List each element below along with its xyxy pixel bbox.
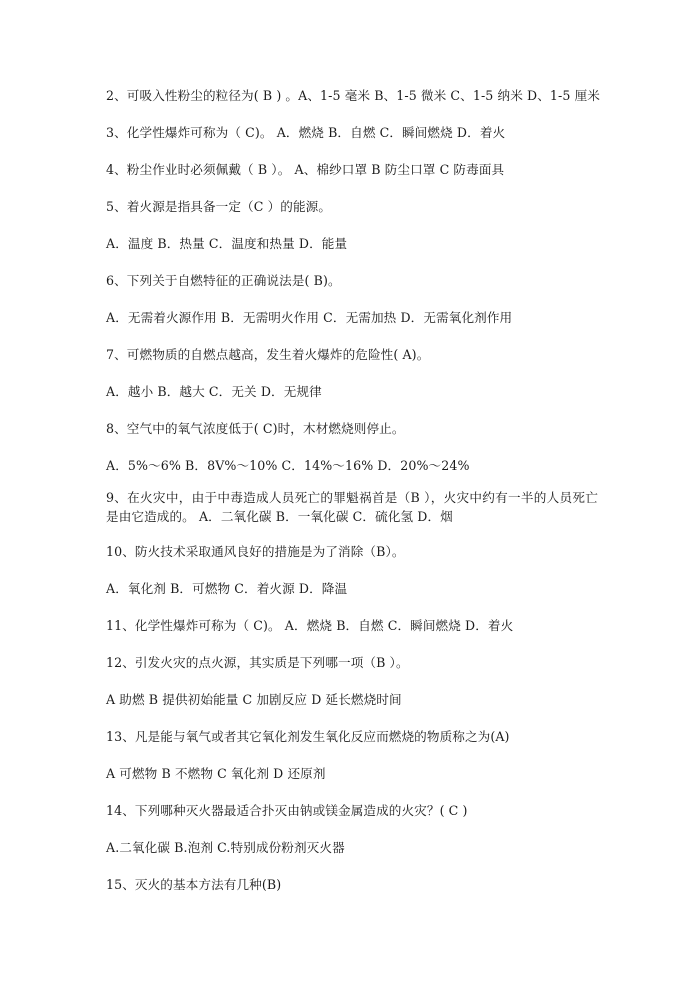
question-9: 9、在火灾中，由于中毒造成人员死亡的罪魁祸首是（B ），火灾中约有一半的人员死亡… (106, 488, 598, 526)
question-10: 10、防火技术采取通风良好的措施是为了消除（B）。 (106, 542, 598, 561)
question-7-options: A．越小 B．越大 C．无关 D．无规律 (106, 382, 598, 401)
question-15: 15、灭火的基本方法有几种(B) (106, 875, 598, 894)
question-11: 11、化学性爆炸可称为（ C)。 A．燃烧 B．自燃 C．瞬间燃烧 D．着火 (106, 616, 598, 635)
document-page: 2、可吸入性粉尘的粒径为( B ) 。A、1-5 毫米 B、1-5 微米 C、1… (0, 0, 700, 990)
question-4: 4、粉尘作业时必须佩戴（ B ）。 A、棉纱口罩 B 防尘口罩 C 防毒面具 (106, 160, 598, 179)
question-6-options: A．无需着火源作用 B．无需明火作用 C．无需加热 D．无需氧化剂作用 (106, 308, 598, 327)
question-12-options: A 助燃 B 提供初始能量 C 加剧反应 D 延长燃烧时间 (106, 690, 598, 709)
question-13-options: A 可燃物 B 不燃物 C 氧化剂 D 还原剂 (106, 764, 598, 783)
question-5: 5、着火源是指具备一定（C ）的能源。 (106, 197, 598, 216)
question-14: 14、下列哪种灭火器最适合扑灭由钠或镁金属造成的火灾？( C ) (106, 801, 598, 820)
question-10-options: A．氧化剂 B．可燃物 C．着火源 D．降温 (106, 579, 598, 598)
question-5-options: A．温度 B．热量 C．温度和热量 D．能量 (106, 234, 598, 253)
question-8: 8、空气中的氧气浓度低于( C)时，木材燃烧则停止。 (106, 419, 598, 438)
question-3: 3、化学性爆炸可称为（ C)。 A．燃烧 B．自燃 C．瞬间燃烧 D．着火 (106, 123, 598, 142)
question-8-options: A．5%～6% B．8V%～10% C．14%～16% D．20%～24% (106, 456, 598, 475)
question-14-options: A.二氧化碳 B.泡剂 C.特别成份粉剂灭火器 (106, 838, 598, 857)
question-12: 12、引发火灾的点火源，其实质是下列哪一项（B ）。 (106, 653, 598, 672)
question-13: 13、凡是能与氧气或者其它氧化剂发生氧化反应而燃烧的物质称之为(A) (106, 727, 598, 746)
question-2: 2、可吸入性粉尘的粒径为( B ) 。A、1-5 毫米 B、1-5 微米 C、1… (106, 86, 598, 105)
question-7: 7、可燃物质的自燃点越高，发生着火爆炸的危险性( A)。 (106, 345, 598, 364)
question-6: 6、下列关于自燃特征的正确说法是( B)。 (106, 271, 598, 290)
